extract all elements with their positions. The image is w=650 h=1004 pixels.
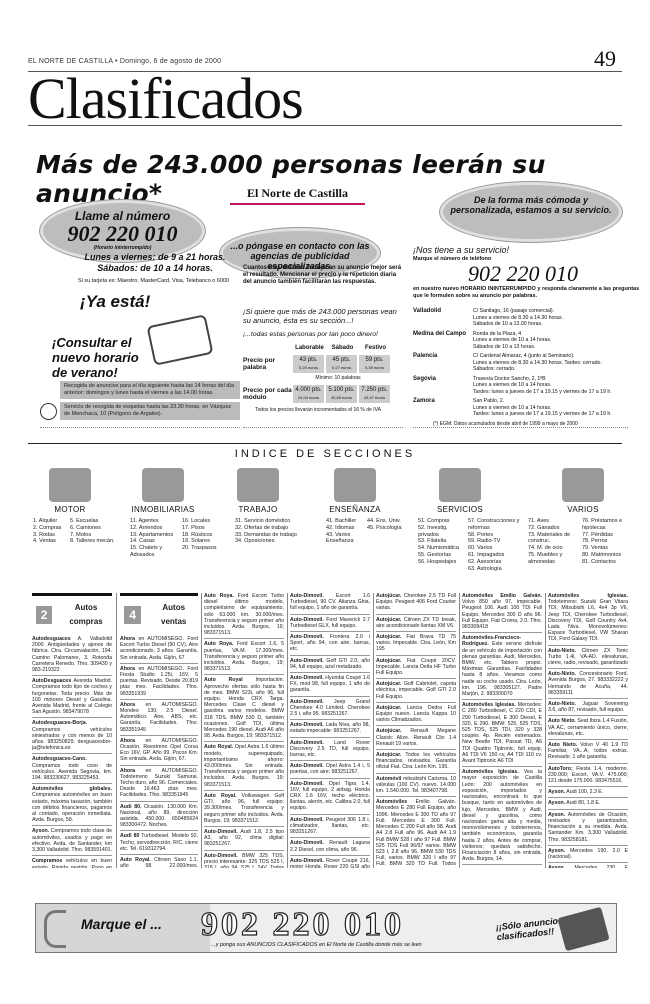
ad-text: Audi 100, 2.3 E.	[566, 789, 603, 795]
advertiser: Auto Royal.	[204, 793, 237, 799]
advertiser: Auto-Dimovil.	[290, 781, 324, 787]
tips: Cuantos más detalles incluya en su anunc…	[243, 265, 403, 286]
advertiser: Automóviles Emilio Galván.	[462, 593, 542, 599]
ad-text: Mercedes: C 280 Turbodiesel, C 220 CDI, …	[462, 702, 542, 764]
classified-ad: Auto Roya. Ford Escort Turbo diesel últi…	[204, 593, 284, 639]
column-1: 2Autos compras Autodesguaces A. Valladol…	[32, 593, 112, 868]
advertiser: Auto-Dimovil.	[290, 617, 324, 623]
classified-ad: Autojúcar. Fiat Coupé 20CV. Impecable. L…	[376, 658, 456, 680]
advertiser: Automóviles	[376, 799, 407, 805]
price-eur: 24,04 euros	[293, 394, 324, 401]
index-item[interactable]: 81. Contactos	[582, 559, 632, 566]
classified-ad: Automóviles-Francisco-Rodríguez. Este ve…	[462, 635, 542, 700]
classified-ad: Auto-Dimovil. Audi 1.8, 2.5 tipo A3, año…	[204, 829, 284, 851]
umbrella-cat-icon	[562, 468, 604, 502]
index-item[interactable]: 7. Motos	[70, 532, 125, 539]
index-item[interactable]: 56. Hospedajes	[418, 559, 468, 566]
advertiser: Autojúcar.	[376, 658, 401, 664]
advertiser: Auto Roya.	[204, 593, 234, 599]
advertiser: Auto-Dimovil.	[290, 658, 324, 664]
row-label: Precio por palabra	[243, 357, 293, 371]
classified-ad: Ayson. Audi 80, 1.8 E.	[548, 800, 628, 809]
advertiser: Autojúcar.	[376, 705, 401, 711]
inmo-list-a: 11. Agentes12. Arriendos13. Apartamentos…	[130, 518, 178, 559]
index-item[interactable]: 51. Compras	[418, 518, 468, 525]
index-item[interactable]: 79. Ventas	[582, 545, 632, 552]
advertiser: Automóviles globales.	[32, 786, 112, 792]
index-item[interactable]: 62. Asesorías	[468, 559, 523, 566]
classified-ad: Automóviles Iglesias. Vea la mayor expos…	[462, 769, 542, 865]
index-item[interactable]: 75. Muebles y almonedas	[528, 552, 580, 566]
hours: Lunes a viernes: de 9 a 21 horas. Sábado…	[80, 252, 230, 274]
price: 43 pts.	[299, 357, 317, 363]
banner-label: Marque el ...	[81, 916, 162, 932]
index-item[interactable]: 74. M. de ocio	[528, 545, 580, 552]
classified-ad: Auto-Nieto. Jaguar Sovereing 3.6, año 87…	[548, 701, 628, 716]
ad-text: Todoterreno: Suzuki Gran Vitara TDI, Mit…	[548, 599, 628, 642]
classified-ad: Ahora en AUTOMISEGO. Ford Fiesta Studio …	[120, 666, 198, 700]
ad-text: A. Valladolid 2000. Antigüedades y ajeno…	[32, 636, 112, 673]
hours-weekdays: Lunes a viernes: de 9 a 21 horas.	[80, 252, 230, 263]
office-city: Zamora	[413, 398, 473, 418]
section-title: Autos ventas	[149, 601, 198, 629]
price-eur: 30,65 euros	[326, 394, 357, 401]
index-item[interactable]: 57. Construcciones y reformas	[468, 518, 523, 532]
ad-text: Vea la mayor exposición de Castilla León…	[462, 769, 542, 862]
ensenanza-list-b: 44. Ens. Univ.45. Psicología	[367, 518, 407, 532]
advertiser: Automóvil	[376, 776, 401, 782]
advertiser: Auto Royal.	[204, 744, 233, 750]
advertiser: Autodesguaces-Cano.	[32, 756, 87, 762]
section-number: 2	[36, 606, 52, 624]
advertiser: Ahora	[120, 738, 135, 744]
notice-1: Recogida de anuncios para el día siguien…	[60, 381, 240, 399]
motor-list-b: 5. Escuelas6. Camiones7. Motos8. Tallere…	[70, 518, 125, 545]
classified-ad: Auto Royal Importación. Aprovecho oferta…	[204, 677, 284, 742]
advertiser: Auto-Dimovil.	[290, 675, 324, 681]
classified-ad: Automóviles Iglesias. Todoterreno: Suzuk…	[548, 593, 628, 646]
index-item[interactable]: 12. Arriendos	[130, 525, 178, 532]
classified-ad: Audi 80. Ocasión. 130.000 Km. Nacional, …	[120, 804, 198, 832]
classified-ad: Autojúcar. Lancia Dedra Full Equipo nuev…	[376, 705, 456, 727]
index-item[interactable]: 15. Chalets y Adosados	[130, 545, 178, 559]
classified-ad: Autojúcar. Todos los vehículos financiad…	[376, 752, 456, 774]
advertiser: Ahora	[120, 768, 135, 774]
price-eur: 43,57 euros	[359, 394, 390, 401]
call-phone[interactable]: 902 220 010	[43, 223, 202, 245]
classified-ad: Auto-Dimovil. BMW 325 TDS, precio intere…	[204, 853, 284, 868]
ad-text: Emilio Galván. Mercedes E 280 Full Equip…	[376, 799, 456, 868]
price-table: Laborable Sábado Festivo Precio por pala…	[243, 345, 393, 413]
category-name: ENSEÑANZA	[320, 505, 390, 514]
classified-ad: Compramos vehículos en buen estado. Rápi…	[32, 858, 112, 868]
page-title: Clasificados	[28, 72, 622, 126]
index-item[interactable]: 8. Talleres mecán.	[70, 538, 125, 545]
index-item[interactable]: 78. Perros	[582, 538, 632, 545]
advertiser: Auto Royal	[204, 677, 243, 683]
category-name: TRABAJO	[223, 505, 293, 514]
advertiser: Ayson.	[548, 789, 565, 795]
advertiser: Auto Nieto.	[548, 718, 576, 724]
advertiser: Auto-Nieto.	[548, 701, 576, 707]
office-city: Medina del Campo	[413, 331, 473, 351]
price-row-module: Precio por cada módulo 4.000 pts.24,04 e…	[243, 385, 393, 403]
classified-ad: Auto-Dimovil. Frontera 2.0 i Sport, año …	[290, 634, 370, 656]
col-sabado: Sábado	[326, 345, 359, 351]
advertiser: Auto Royal.	[120, 857, 151, 863]
classified-ad: Auto-Dimovil. Land Rover Discovery 2.5 T…	[290, 740, 370, 762]
advertiser: Auto-Dimovil.	[290, 722, 324, 728]
advertiser: Auto Nieto.	[548, 742, 577, 748]
servicios-list-a: 51. Compras52. Investig. privados53. Fil…	[418, 518, 468, 566]
index-item[interactable]: 3. Rodas	[33, 532, 63, 539]
advertiser: Auto-Nieto.	[548, 648, 576, 654]
category-ensenanza[interactable]: ENSEÑANZA	[320, 468, 390, 514]
index-item[interactable]: 18. Rústicos	[182, 532, 227, 539]
advertiser: Ayson.	[548, 800, 565, 806]
index-item[interactable]: 13. Apartamentos	[130, 532, 178, 539]
section-header-compras: 2Autos compras	[32, 593, 112, 633]
classified-ad: Auto-Dimovil. Golf GTI 2.0, año 94, full…	[290, 658, 370, 673]
classified-ad: Auto-Dimovil. Hyundai Coupé 1.6 FX, mod …	[290, 675, 370, 697]
section-header-ventas: 4Autos ventas	[120, 593, 198, 633]
index-item[interactable]: 11. Agentes	[130, 518, 178, 525]
advertiser: Auto-Nieto.	[548, 671, 576, 677]
classified-ad: Auto Royal. Opel Astra 1.6 último modelo…	[204, 744, 284, 790]
index-item[interactable]: 52. Investig. privados	[418, 525, 468, 539]
car-icon	[49, 468, 91, 502]
category-name: INMOBILIARIAS	[128, 505, 198, 514]
advertiser: Ayson.	[548, 848, 565, 854]
index-item[interactable]: 14. Casas	[130, 538, 178, 545]
classified-ad: Ayson. Audi 100, 2.3 E.	[548, 789, 628, 798]
ensenanza-list-a: 41. Bachiller42. Idiomas43. Varios Enseñ…	[326, 518, 361, 545]
service-desc: en nuestro nuevo HORARIO ININTERRUMPIDO …	[413, 286, 643, 300]
advertiser: Auto-Dimovil.	[290, 634, 324, 640]
classified-ad: Autodesguaces-Cano. Compramos todo coso …	[32, 756, 112, 784]
category-name: MOTOR	[35, 505, 105, 514]
classified-ad: Auto-Nieto. Citroen ZX Tonic Turbo 1.4i,…	[548, 648, 628, 670]
index-item[interactable]: 45. Psicología	[367, 525, 407, 532]
classified-ad: Autodesguaces-Borja. Compramos vehículos…	[32, 720, 112, 754]
index-divider	[28, 443, 622, 444]
office-city: Palencia	[413, 353, 473, 373]
advertiser: Auto-Dimovil.	[204, 829, 238, 835]
payment-info: Si su tarjeta es: Maestro, MasterCard, V…	[78, 277, 238, 286]
index-item[interactable]: 59. Radio-TV	[468, 538, 523, 545]
advertiser: Automóviles Iglesias.	[548, 593, 628, 599]
column-7: Automóviles Iglesias. Todoterreno: Suzuk…	[548, 593, 628, 868]
office-line: Tardes: lunes a jueves de 17 a 19.15 y v…	[473, 389, 612, 396]
classified-ad: Auto Nieto. Volvo V 40 1.9 TD Familiar, …	[548, 742, 628, 764]
price: 59 pts.	[365, 357, 383, 363]
newspaper-logo: El Norte de Castilla	[230, 186, 365, 205]
advertiser: Autojúcar.	[376, 681, 401, 687]
index-item[interactable]: 63. Astrología	[468, 566, 523, 573]
index-title: INDICE DE SECCIONES	[0, 448, 650, 460]
inmo-list-b: 16. Locales17. Pisos18. Rústicos19. Sola…	[182, 518, 227, 552]
index-item[interactable]: 4. Ventas	[33, 538, 63, 545]
price-eur: 0,35 euros	[359, 364, 390, 371]
column-4: Auto-Dimovil. Escort 1.6 Turbodiesel, 90…	[290, 593, 370, 868]
classified-ad: Automóviles globales. Compramos automóvi…	[32, 786, 112, 826]
servicios-list-b: 57. Construcciones y reformas58. Portes5…	[468, 518, 523, 572]
advertiser: Auto-Dimovil.	[290, 699, 324, 705]
ad-text: Compramos todo coso de vehículos. Avenid…	[32, 763, 112, 781]
masthead-date: EL NORTE DE CASTILLA • Domingo, 6 de ago…	[28, 58, 221, 65]
classified-ad: Auto Royal. Volkswagen Golf GTI, año 96,…	[204, 793, 284, 827]
index-item[interactable]: 77. Pérdidas	[582, 532, 632, 539]
category-inmobiliarias[interactable]: INMOBILIARIAS	[128, 468, 198, 514]
office-line: Sábados de 10 a 13.00 horas.	[473, 321, 563, 328]
classified-ad: Auto-Dimovil. Opel Astra 1.4 i, 5 puerta…	[290, 763, 370, 778]
advertiser: Audi 80.	[120, 804, 141, 810]
column-2: 4Autos ventas Ahora en AUTOMISEGO. Ford …	[120, 593, 198, 868]
classified-ad: Auto-Dimovil. Rover Coupé 216, motor Hon…	[290, 858, 370, 868]
bottom-banner: Marque el ... 902 220 010 ...y ponga sus…	[35, 903, 617, 953]
classified-ad: Auto-Dimovil. Peugeot 306 1.8 i, climati…	[290, 817, 370, 839]
index-item[interactable]: 42. Idiomas	[326, 525, 361, 532]
price-row-word: Precio por palabra 43 pts.0,25 euros 45 …	[243, 355, 393, 373]
column-6: Automóviles Emilio Galván. Volvo 850 año…	[462, 593, 542, 868]
col-festivo: Festivo	[359, 345, 392, 351]
advertiser: Autojúcar.	[376, 593, 401, 599]
telephone-icon	[146, 314, 213, 366]
price: 4.000 pts.	[295, 387, 321, 393]
advertiser: Autojúcar.	[376, 728, 401, 734]
classified-ad: Auto Nieto. Seat Ibiza 1.4 Fusión, VA AC…	[548, 718, 628, 740]
advertiser: AutoDesguaces	[32, 678, 71, 684]
banner-phone[interactable]: 902 220 010	[201, 906, 404, 944]
index-item[interactable]: 1. Alquiler	[33, 518, 63, 525]
classified-ad: Auto-Dimovil. Lada Niva, año 98, estado …	[290, 722, 370, 737]
advertiser: Ahora	[120, 666, 135, 672]
classified-ad: Ahora en AUTOMISEGO. Mondeo 130, 2.5 Die…	[120, 702, 198, 736]
varios-list-b: 76. Préstamos e hipotecas77. Pérdidas78.…	[582, 518, 632, 566]
workers-icon	[237, 468, 279, 502]
book-computer-icon	[334, 468, 376, 502]
index-item[interactable]: 20. Traspasos	[182, 545, 227, 552]
advertiser: Autodesguaces-Borja.	[32, 720, 87, 726]
classified-ad: Auto-Dimovil. Jeep Grand Cherokee 4.0 Li…	[290, 699, 370, 721]
row-label: Precio por cada módulo	[243, 387, 293, 401]
classified-ad: Ahora en AUTOMISEGO. Ocasión. Reestreno …	[120, 738, 198, 766]
column-3: Auto Roya. Ford Escort Turbo diesel últi…	[204, 593, 284, 868]
classified-ad: Autojúcar. Cherokee 2.5 TD Full Equipo. …	[376, 593, 456, 615]
index-item[interactable]: 80. Matrimonios	[582, 552, 632, 559]
motor-list-a: 1. Alquiler2. Compras3. Rodas4. Ventas	[33, 518, 63, 545]
index-item[interactable]: 32. Ofertas de trabajo	[235, 525, 310, 532]
index-item[interactable]: 54. Numismática	[418, 545, 468, 552]
office-line: Tardes: lunes a jueves de 17 a 19.15 y v…	[473, 411, 612, 418]
classified-ad: Automóviles Iglesias. Mercedes: C 280 Tu…	[462, 702, 542, 767]
ad-text: Este verano disfrute de un vehículo de i…	[462, 641, 542, 697]
footnote: (*) EGM: Datos acumulados desde abril de…	[433, 421, 643, 427]
index-item[interactable]: 55. Gestorías	[418, 552, 468, 559]
classified-ad: Auto-Nieto. Concesionario Ford. Avenida …	[548, 671, 628, 699]
column-5: Autojúcar. Cherokee 2.5 TD Full Equipo. …	[376, 593, 456, 868]
price: 7.250 pts.	[361, 387, 387, 393]
category-name: VARIOS	[548, 505, 618, 514]
classified-ad: Autojúcar. Golf Cabriolet, capota eléctr…	[376, 681, 456, 703]
advertiser: AutoToro;	[548, 766, 573, 772]
call-note: (Horario ininterrumpido)	[43, 245, 202, 251]
index-item[interactable]: 53. Filatelia	[418, 538, 468, 545]
advertiser: Auto-Dimovil.	[290, 858, 324, 864]
buildings-icon	[142, 468, 184, 502]
banner-sub: ...y ponga sus ANUNCIOS CLASIFICADOS en …	[211, 942, 422, 948]
advertiser: Audi 80	[120, 833, 139, 839]
index-item[interactable]: 72. Ganados	[528, 525, 580, 532]
category-servicios[interactable]: SERVICIOS	[425, 468, 495, 514]
classified-ad: Auto Royal. Citroen Saxo 1.1, año 98. 22…	[120, 857, 198, 868]
trabajo-list: 31. Servicio doméstico32. Ofertas de tra…	[235, 518, 310, 545]
classified-ad: Auto-Dimovil. Ford Maverick 2.7 Turbodie…	[290, 617, 370, 632]
section-number: 4	[124, 606, 141, 624]
advertiser: Ahora	[120, 702, 135, 708]
advertiser: Automóviles Iglesias.	[462, 769, 519, 775]
classified-ad: Auto-Dimovil. Escort 1.6 Turbodiesel, 90…	[290, 593, 370, 615]
services-icon	[439, 468, 481, 502]
slogan-2: ¡...todas estas personas por tan poco di…	[243, 330, 403, 339]
index-item[interactable]: 2. Compras	[33, 525, 63, 532]
classified-ad: AutoDesguaces Avenida Madrid. Compramos …	[32, 678, 112, 718]
advertiser: Autodesguaces	[32, 636, 71, 642]
summer-hours: ¡Consultar el nuevo horario de verano!	[52, 335, 142, 380]
advertiser: Autojúcar.	[376, 634, 401, 640]
classified-ad: Ayson. Compramos todo clase de automóvil…	[32, 828, 112, 856]
office-city: Valladolid	[413, 308, 473, 328]
office-line: Sábados de 10 a 13 horas.	[473, 344, 551, 351]
index-item[interactable]: 58. Portes	[468, 532, 523, 539]
classified-ad: Autojúcar. Fiat Brava TD 75 varios. Impe…	[376, 634, 456, 656]
classified-ad: Automóvil mitsubishi Carisma. 10 válvula…	[376, 776, 456, 798]
classified-ad: Auto-Dimovil. Renault Laguna 2.2 Diesel,…	[290, 840, 370, 855]
section-title: Autos compras	[60, 601, 112, 629]
category-varios[interactable]: VARIOS	[548, 468, 618, 514]
classified-ad: Auto-Dimovil. Opel Tigra 1.4, 16V, full …	[290, 781, 370, 815]
hours-saturday: Sábados: de 10 a 14 horas.	[80, 263, 230, 274]
classified-ad: Autodesguaces A. Valladolid 2000. Antigü…	[32, 636, 112, 676]
index-item[interactable]: 76. Préstamos e hipotecas	[582, 518, 632, 532]
office-city: Segovia	[413, 376, 473, 396]
col-laborable: Laborable	[293, 345, 326, 351]
classified-ad: Automóviles Emilio Galván. Mercedes E 28…	[376, 799, 456, 868]
classified-ad: Auto Roya. Ford Escort 1.6, 5 puertas, V…	[204, 641, 284, 675]
category-motor[interactable]: MOTOR	[35, 468, 105, 514]
advertiser: Auto-Dimovil.	[290, 840, 324, 846]
index-item[interactable]: 17. Pisos	[182, 525, 227, 532]
classified-ad: Ayson. Automóviles de Ocasión, revisados…	[548, 812, 628, 846]
classified-ad: Autojúcar. Renault Megane Classic Alize.…	[376, 728, 456, 750]
advertiser: Automóviles Iglesias.	[462, 702, 516, 708]
office-line: C/ Santiago, 16 (pasaje comercial).	[473, 308, 563, 315]
advertiser: Auto-Dimovil.	[290, 593, 324, 599]
office-line: Sábados: cerrado.	[473, 366, 602, 373]
varios-list-a: 71. Aves72. Ganados73. Materiales de con…	[528, 518, 580, 566]
advertiser: Ayson.	[548, 865, 565, 868]
index-item[interactable]: 43. Varios Enseñanza	[326, 532, 361, 546]
advertiser: Ahora	[120, 636, 135, 642]
index-item[interactable]: 34. Oposiciones	[235, 538, 310, 545]
index-item[interactable]: 5. Escuelas	[70, 518, 125, 525]
advertiser: Auto Roya.	[204, 641, 233, 647]
index-item[interactable]: 6. Camiones	[70, 525, 125, 532]
price-eur: 0,25 euros	[293, 364, 324, 371]
classified-ad: Ahora en AUTOMISEGO. Todoterreno Suzuki …	[120, 768, 198, 802]
classified-ad: Automóviles Emilio Galván. Volvo 850 año…	[462, 593, 542, 633]
index-item[interactable]: 61. Impagados	[468, 552, 523, 559]
classified-ad: Audi 80 Turbodiesel. Modelo 92. Techo, s…	[120, 833, 198, 855]
classified-ad: Autojúcar. Citroen ZX TD break, aire aco…	[376, 617, 456, 632]
ad-text: Compramos vehículos siniestrados y con m…	[32, 727, 112, 752]
minimum-words: Mínimo: 10 palabras	[283, 375, 393, 381]
advertiser: Auto-Dimovil.	[290, 763, 324, 769]
service-phone[interactable]: 902 220 010	[468, 262, 643, 286]
price: 5.100 pts.	[328, 387, 354, 393]
index-item[interactable]: 41. Bachiller	[326, 518, 361, 525]
service-column: ¡Nos tiene a su servicio! Marque el núme…	[413, 245, 643, 427]
newspapers-icon	[557, 907, 609, 951]
vat-note: Todos los precios llevarán incrementados…	[243, 407, 393, 413]
advertiser: Autojúcar.	[376, 752, 401, 758]
advertiser: Autojúcar.	[376, 617, 401, 623]
page-number: 49	[594, 46, 616, 72]
classified-ad: Ayson. Mercedes 230 E (nacional).	[548, 865, 628, 868]
ad-text: Importación. Aprovecho ofertas sólo hast…	[204, 677, 284, 739]
classifieds-grid: 2Autos compras Autodesguaces A. Valladol…	[28, 593, 628, 868]
price-eur: 0,27 euros	[326, 364, 357, 371]
service-oval: De la forma más cómoda y personalizada, …	[440, 182, 622, 242]
slogan-1: ¡Si quiere que más de 243.000 personas v…	[243, 307, 403, 325]
ad-text: Compramos automóviles en buen estado, má…	[32, 792, 112, 823]
index-item[interactable]: 33. Demandas de trabajo	[235, 532, 310, 539]
advertiser: Auto-Dimovil.	[290, 740, 324, 746]
notice-2: Servicio de recogida de esquelas hasta l…	[60, 402, 240, 420]
index-item[interactable]: 19. Solares	[182, 538, 227, 545]
ad-text: Audi 80, 1.8 E.	[566, 800, 600, 806]
category-trabajo[interactable]: TRABAJO	[223, 468, 293, 514]
index-item[interactable]: 16. Locales	[182, 518, 227, 525]
advertiser: Ayson.	[32, 828, 49, 834]
clock-icon	[40, 403, 57, 420]
index-item[interactable]: 73. Materiales de construc.	[528, 532, 580, 546]
advertiser: Compramos	[32, 858, 62, 864]
done-text: ¡Ya está!	[80, 292, 150, 312]
classified-ad: Ayson. Mercedes 190, 2.0 E (nacional).	[548, 848, 628, 863]
index-item[interactable]: 44. Ens. Univ.	[367, 518, 407, 525]
ad-text: Avenida Madrid. Compramos todo tipo de c…	[32, 678, 112, 715]
classified-ad: Ahora en AUTOMISEGO. Ford Escort Turbo D…	[120, 636, 198, 664]
office-line: Lunes a viernes de 10 a 14 horas.	[473, 337, 551, 344]
index-item[interactable]: 60. Varios	[468, 545, 523, 552]
ad-text: Opel Astra 1.6 último modelo, superequip…	[204, 744, 284, 787]
category-name: SERVICIOS	[425, 505, 495, 514]
classified-ad: AutoToro; Fiesta 1.4, moderno. 230.000; …	[548, 766, 628, 788]
ad-text: Volvo 850 año 97, impecable. Peugeot 106…	[462, 599, 542, 630]
service-heading: ¡Nos tiene a su servicio!	[413, 245, 643, 255]
index-item[interactable]: 31. Servicio doméstico	[235, 518, 310, 525]
advertiser: Auto-Dimovil.	[290, 817, 324, 823]
advertiser: Ayson.	[548, 812, 565, 818]
ad-text: Ford Escort Turbo diesel último modelo, …	[204, 593, 284, 636]
advertiser: Auto-Dimovil.	[204, 853, 238, 859]
price: 45 pts.	[332, 357, 350, 363]
telephone-handset-icon	[44, 910, 66, 948]
index-item[interactable]: 71. Aves	[528, 518, 580, 525]
